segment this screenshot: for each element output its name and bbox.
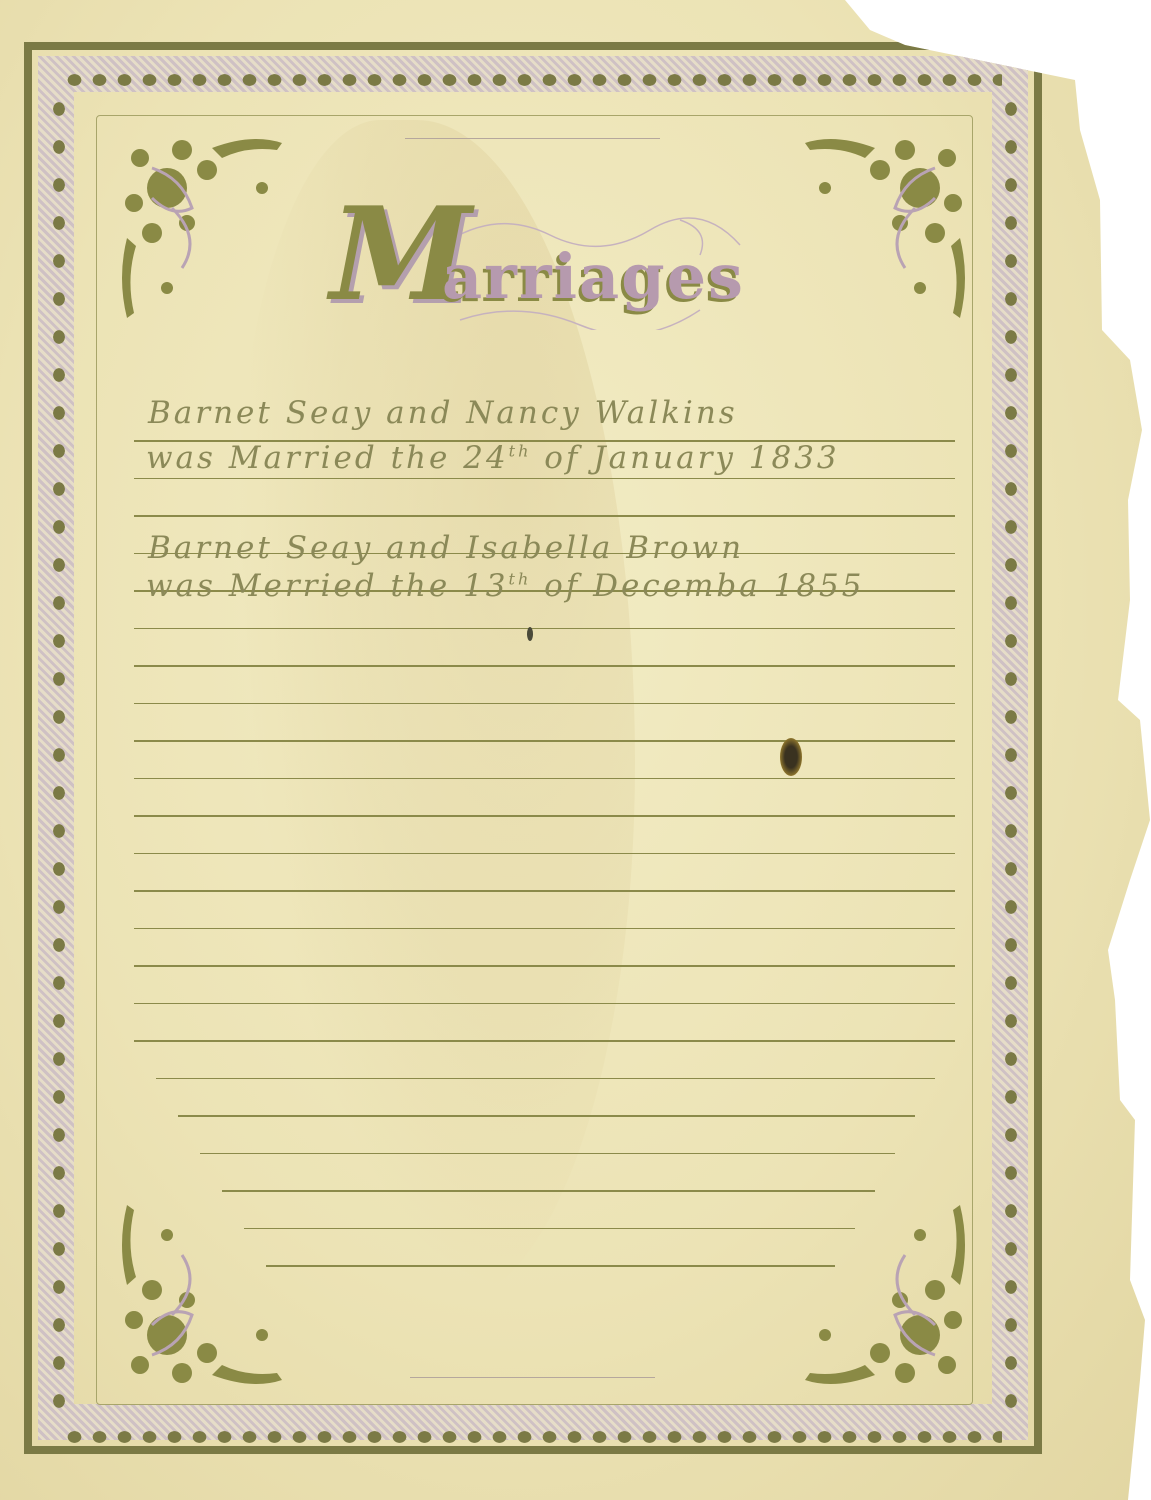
document-page: M arriages Barnet Seay and Nancy Walkins… — [0, 0, 1151, 1500]
entry-2-line-2: was Merried the 13th of Decemba 1855 — [146, 568, 865, 604]
header-thin-rule — [405, 138, 660, 139]
ruled-line — [200, 1153, 895, 1155]
entry-1-date-suffix: of January 1833 — [531, 440, 839, 476]
border-beads-bottom — [62, 1430, 1002, 1444]
ruled-line — [222, 1190, 875, 1192]
ruled-line — [244, 1228, 855, 1230]
entry-2-date-suffix: of Decemba 1855 — [531, 568, 864, 604]
ruled-line — [134, 1040, 955, 1042]
ruled-line — [134, 703, 955, 705]
entry-1-line-1: Barnet Seay and Nancy Walkins — [148, 395, 738, 431]
footer-thin-rule — [410, 1377, 655, 1378]
ruled-line — [134, 890, 955, 892]
entry-1-line-2: was Married the 24th of January 1833 — [146, 440, 840, 476]
title-text: arriages — [442, 242, 745, 312]
entry-1-date-prefix: was Married the 24 — [146, 440, 509, 476]
floral-corner-ornament-bottom-right — [805, 1205, 975, 1395]
entry-2-line-1: Barnet Seay and Isabella Brown — [148, 530, 744, 566]
ruled-line — [134, 478, 955, 480]
ruled-line — [134, 740, 955, 742]
border-beads-left — [52, 90, 66, 1410]
ruled-line — [134, 853, 955, 855]
floral-corner-ornament-bottom-left — [112, 1205, 282, 1395]
entry-2-date-prefix: was Merried the 13 — [146, 568, 509, 604]
ink-spot — [780, 738, 802, 776]
floral-corner-ornament-top-right — [805, 128, 975, 318]
floral-corner-ornament-top-left — [112, 128, 282, 318]
entry-2-ordinal: th — [509, 570, 532, 589]
ruled-line — [134, 965, 955, 967]
border-beads-top — [62, 73, 1002, 87]
ruled-line — [134, 515, 955, 517]
border-beads-right — [1004, 90, 1018, 1410]
ink-fleck — [527, 627, 533, 641]
ruled-line — [134, 778, 955, 780]
ruled-line — [134, 665, 955, 667]
page-title: M arriages — [330, 180, 750, 330]
entry-1-ordinal: th — [509, 442, 532, 461]
ruled-line — [178, 1115, 915, 1117]
ruled-line — [134, 1003, 955, 1005]
ruled-line — [134, 628, 955, 630]
ruled-line — [134, 815, 955, 817]
ruled-line — [266, 1265, 835, 1267]
ruled-line — [156, 1078, 935, 1080]
ruled-line — [134, 928, 955, 930]
